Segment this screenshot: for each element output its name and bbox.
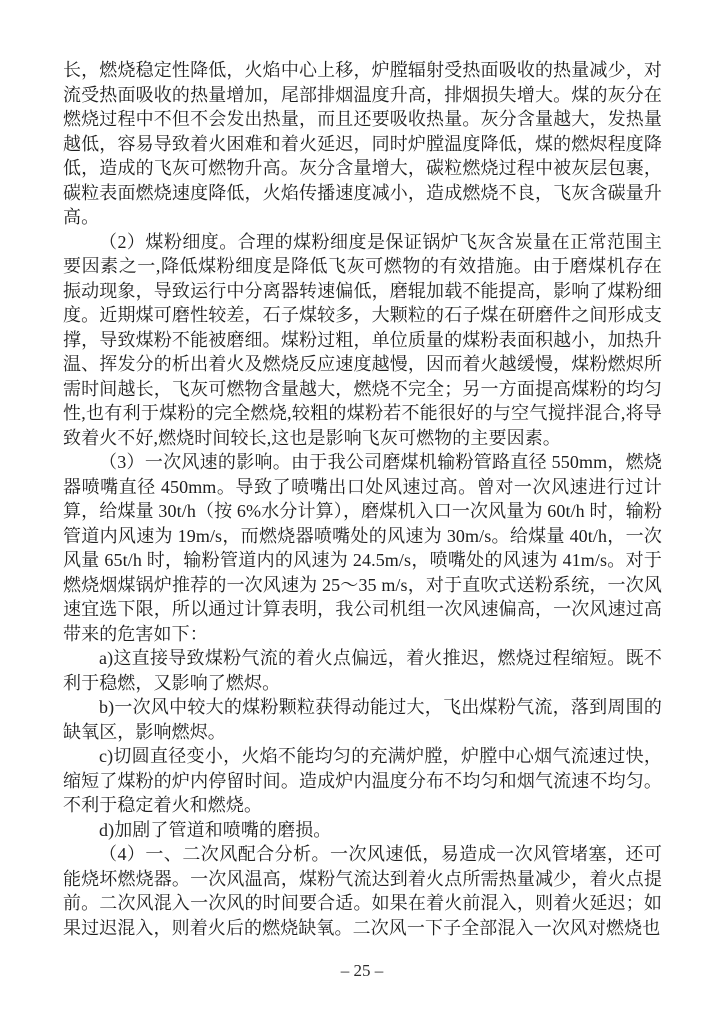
paragraph-coal-fineness: （2）煤粉细度。合理的煤粉细度是保证锅炉飞灰含炭量在正常范围主要因素之一,降低煤… [63,230,662,451]
list-item-d: d)加剧了管道和喷嘴的磨损。 [63,818,662,843]
list-item-b: b)一次风中较大的煤粉颗粒获得动能过大，飞出煤粉气流，落到周围的缺氧区，影响燃烬… [63,695,662,744]
list-item-c: c)切圆直径变小，火焰不能均匀的充满炉膛，炉膛中心烟气流速过快，缩短了煤粉的炉内… [63,744,662,818]
paragraph-continuation: 长，燃烧稳定性降低，火焰中心上移，炉膛辐射受热面吸收的热量减少，对流受热面吸收的… [63,58,662,230]
page-footer: – 25 – [0,961,724,981]
paragraph-primary-air-velocity: （3）一次风速的影响。由于我公司磨煤机输粉管路直径 550mm，燃烧器喷嘴直径 … [63,450,662,646]
paragraph-air-coordination: （4）一、二次风配合分析。一次风速低，易造成一次风管堵塞，还可能烧坏燃烧器。一次… [63,842,662,940]
document-page: 长，燃烧稳定性降低，火焰中心上移，炉膛辐射受热面吸收的热量减少，对流受热面吸收的… [0,0,724,1024]
document-body: 长，燃烧稳定性降低，火焰中心上移，炉膛辐射受热面吸收的热量减少，对流受热面吸收的… [63,58,662,940]
list-item-a: a)这直接导致煤粉气流的着火点偏远，着火推迟，燃烧过程缩短。既不利于稳燃，又影响… [63,646,662,695]
page-number: – 25 – [341,961,384,980]
